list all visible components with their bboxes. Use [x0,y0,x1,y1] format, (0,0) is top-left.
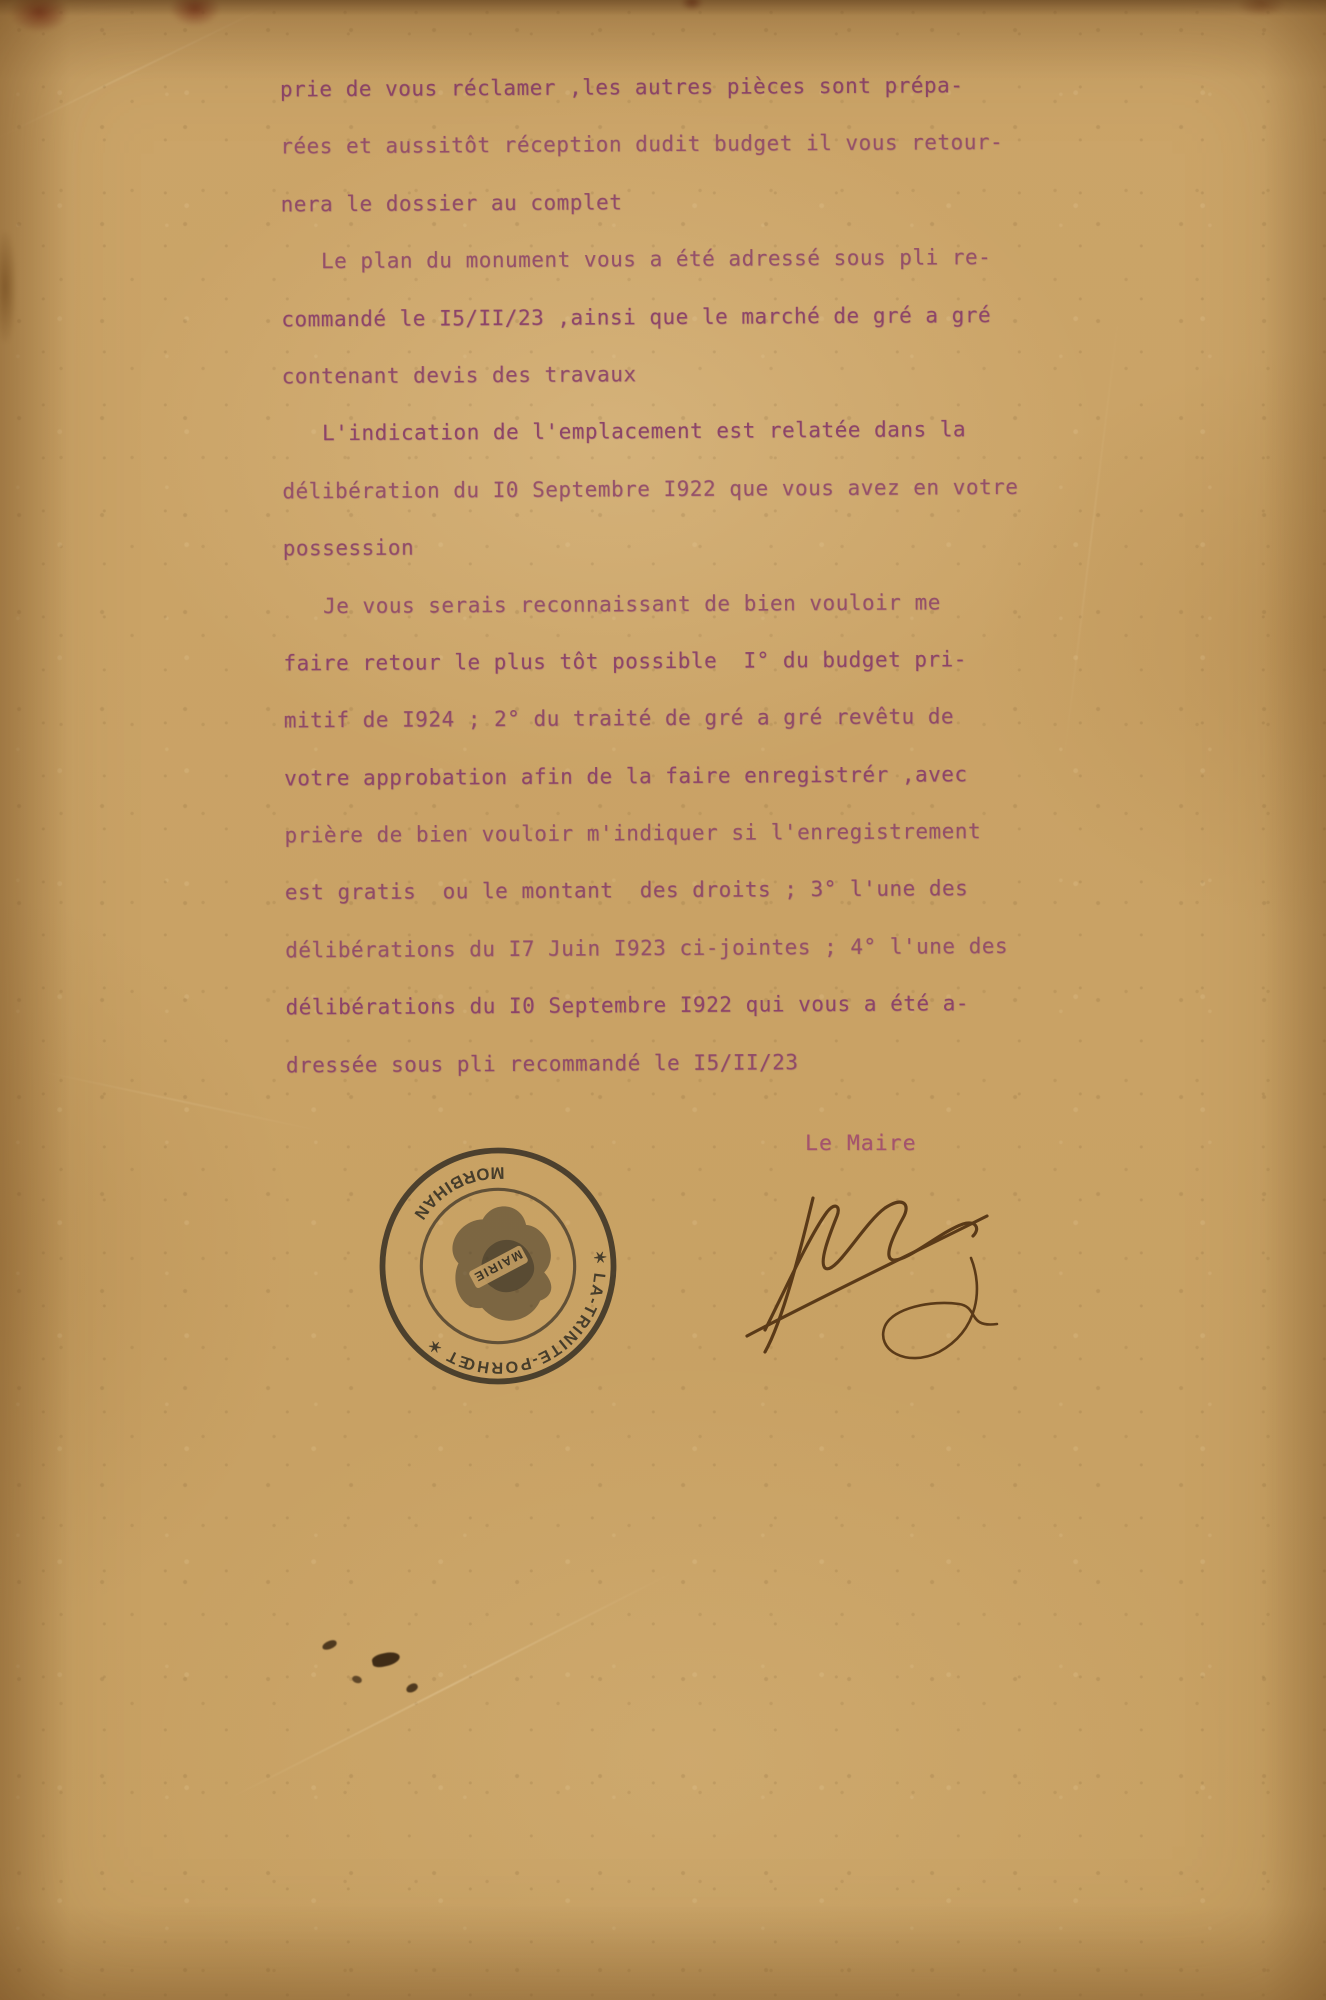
edge-vignette [0,0,1326,2000]
